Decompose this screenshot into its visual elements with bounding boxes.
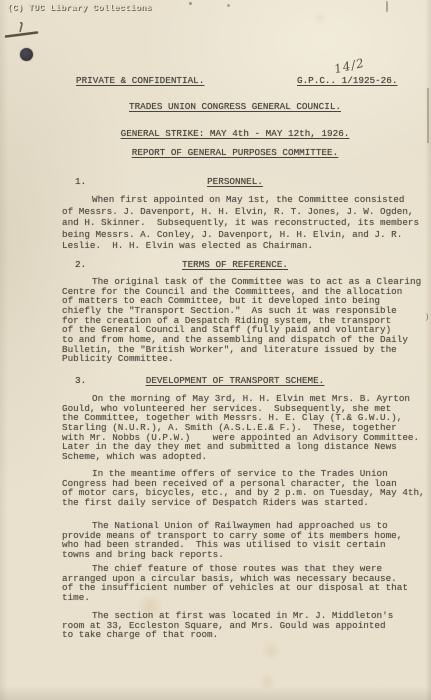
section-2-paragraph: The original task of the Committee was t… [62,277,430,364]
section-1-heading: PERSONNEL. [62,177,408,187]
report-title: REPORT OF GENERAL PURPOSES COMMITTEE. [62,148,408,158]
section-3-heading: DEVELOPMENT OF TRANSPORT SCHEME. [62,376,408,386]
paper-speck [189,2,192,5]
section-3-paragraph: The section at first was located in Mr. … [62,611,430,640]
paper-speck [386,1,388,12]
paper-edge-line [427,88,429,143]
reference-number: G.P.C.. 1/1925-26. [297,75,397,86]
pen-mark [4,21,40,41]
section-1-paragraph: When first appointed on May 1st, the Com… [62,194,430,252]
handwritten-note: 14/2 [333,56,366,77]
paper-speck [227,4,230,7]
hole-punch [20,48,33,61]
document-subtitle: GENERAL STRIKE: MAY 4th - MAY 12th, 1926… [62,129,408,139]
library-copyright-watermark: (C) TUC Library Collections [7,3,152,13]
section-3-paragraph: The National Union of Railwaymen had app… [62,521,430,560]
document-title: TRADES UNION CONGRESS GENERAL COUNCIL. [62,102,408,112]
classification-label: PRIVATE & CONFIDENTIAL. [76,75,204,86]
scanned-document-page: (C) TUC Library Collections PRIVATE & CO… [0,0,431,700]
section-3-paragraph: In the meantime offers of service to the… [62,469,430,508]
section-2-heading: TERMS OF REFERENCE. [62,260,408,270]
section-3-paragraph: On the morning of May 3rd, H. H. Elvin m… [62,394,430,462]
section-3-paragraph: The chief feature of those routes was th… [62,564,430,603]
